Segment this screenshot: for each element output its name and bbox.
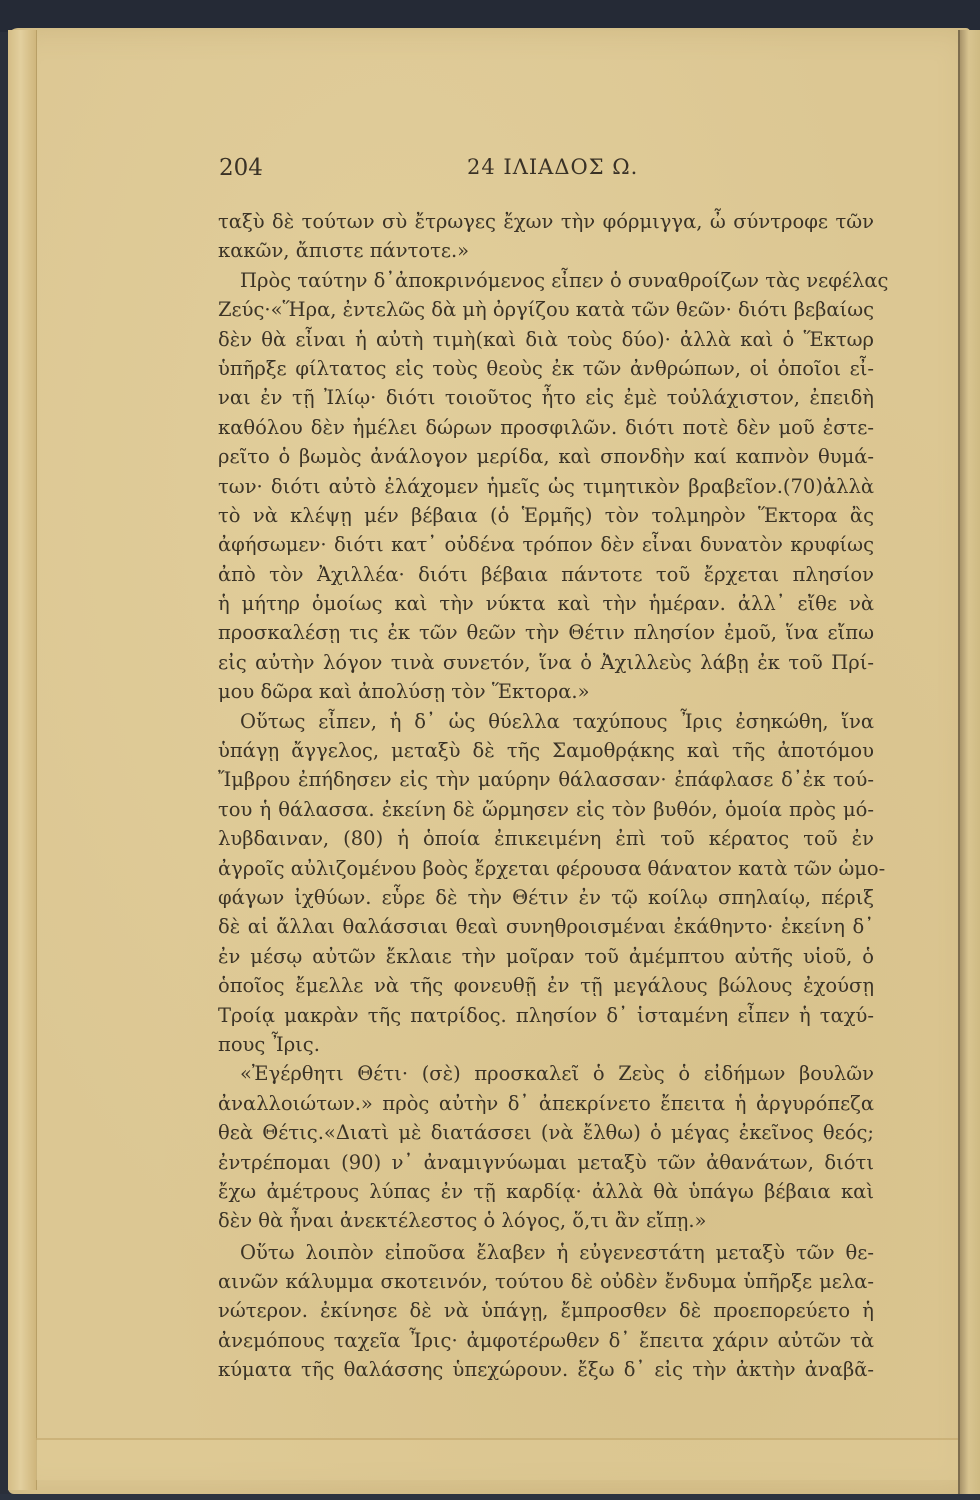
text-line: μου δῶρα καὶ ἀπολύσῃ τὸν Ἕκτορα.» (218, 677, 874, 706)
text-line: αινῶν κάλυμμα σκοτεινόν, τούτου δὲ οὐδὲν… (218, 1267, 874, 1296)
text-line: τὸ νὰ κλέψῃ μέν βέβαια (ὁ Ἑρμῆς) τὸν τολ… (218, 501, 874, 530)
text-line: πους Ἶρις. (218, 1030, 874, 1059)
text-line: λυβδαιναν, (80) ἡ ὁποία ἐπικειμένη ἐπὶ τ… (218, 824, 874, 853)
text-line: Ἴμβρου ἐπήδησεν εἰς τὴν μαύρην θάλασσαν·… (218, 765, 874, 794)
text-line: ἀναλλοιώτων.» πρὸς αὐτὴν δ᾽ ἀπεκρίνετο ἔ… (218, 1089, 874, 1118)
page-number: 204 (219, 155, 263, 181)
paragraph: Πρὸς ταύτην δ᾽ἀποκρινόμενος εἶπεν ὁ συνα… (218, 266, 874, 707)
page-fore-edge (958, 30, 980, 1494)
text-line: καθόλου δὲν ἠμέλει δώρων προσφιλῶν. διότ… (218, 413, 874, 442)
water-stain (36, 1438, 958, 1480)
text-line: κακῶν, ἄπιστε πάντοτε.» (218, 236, 874, 265)
text-line: ἐντρέπομαι (90) ν᾽ ἀναμιγνύωμαι μεταξὺ τ… (218, 1148, 874, 1177)
text-line: ρεῖτο ὁ βωμὸς ἀνάλογον μερίδα, καὶ σπονδ… (218, 442, 874, 471)
body-text: ταξὺ δὲ τούτων σὺ ἔτρωγες ἔχων τὴν φόρμι… (218, 207, 874, 1385)
text-line: δὲν θὰ εἶναι ἡ αὐτὴ τιμὴ(καὶ διὰ τοὺς δύ… (218, 325, 874, 354)
text-line: ὁποῖος ἔμελλε νὰ τῆς φονευθῇ ἐν τῇ μεγάλ… (218, 971, 874, 1000)
text-line: Τροίᾳ μακρὰν τῆς πατρίδος. πλησίον δ᾽ ἱσ… (218, 1001, 874, 1030)
text-line: ὑπῆρξε φίλτατος εἰς τοὺς θεοὺς ἐκ τῶν ἀν… (218, 354, 874, 383)
text-line: ἀγροῖς αὐλιζομένου βοὸς ἔρχεται φέρουσα … (218, 854, 874, 883)
paragraph: Οὕτως εἶπεν, ἡ δ᾽ ὡς θύελλα ταχύπους Ἶρι… (218, 707, 874, 1060)
page-binding-edge (8, 30, 37, 1490)
text-line: ναι ἐν τῇ Ἰλίῳ· διότι τοιοῦτος ἦτο εἰς ἐ… (218, 383, 874, 412)
text-line: ἀνεμόπους ταχεῖα Ἶρις· ἀμφοτέρωθεν δ᾽ ἔπ… (218, 1326, 874, 1355)
paragraph: Οὕτω λοιπὸν εἰποῦσα ἔλαβεν ἡ εὐγενεστάτη… (218, 1238, 874, 1385)
text-line: ἀπὸ τὸν Ἀχιλλέα· διότι βέβαια πάντοτε το… (218, 560, 874, 589)
text-line: Ζεύς·«Ἥρα, ἐντελῶς δὰ μὴ ὀργίζου κατὰ τῶ… (218, 295, 874, 324)
page-header: 204 24 ΙΛΙΑΔΟΣ Ω. (215, 155, 875, 189)
scan-backdrop-bottom (0, 1494, 980, 1500)
text-line: θεὰ Θέτις.«Διατὶ μὲ διατάσσει (νὰ ἔλθω) … (218, 1118, 874, 1147)
running-head: 24 ΙΛΙΑΔΟΣ Ω. (467, 155, 638, 179)
text-line: του ἡ θάλασσα. ἐκείνη δὲ ὥρμησεν εἰς τὸν… (218, 795, 874, 824)
text-line: Πρὸς ταύτην δ᾽ἀποκρινόμενος εἶπεν ὁ συνα… (218, 266, 874, 295)
text-line: «Ἐγέρθητι Θέτι· (σὲ) προσκαλεῖ ὁ Ζεὺς ὁ … (218, 1059, 874, 1088)
text-line: φάγων ἰχθύων. εὗρε δὲ τὴν Θέτιν ἐν τῷ κο… (218, 883, 874, 912)
text-line: των· διότι αὐτὸ ἐλάχομεν ἡμεῖς ὡς τιμητι… (218, 472, 874, 501)
text-line: ὑπάγῃ ἄγγελος, μεταξὺ δὲ τῆς Σαμοθρᾴκης … (218, 736, 874, 765)
paragraph: «Ἐγέρθητι Θέτι· (σὲ) προσκαλεῖ ὁ Ζεὺς ὁ … (218, 1059, 874, 1235)
text-line: εἰς αὐτὴν λόγον τινὰ συνετόν, ἵνα ὁ Ἀχιλ… (218, 648, 874, 677)
text-line: ἡ μήτηρ ὁμοίως καὶ τὴν νύκτα καὶ τὴν ἡμέ… (218, 589, 874, 618)
text-line: δὲ αἱ ἄλλαι θαλάσσιαι θεαὶ συνηθροισμένα… (218, 912, 874, 941)
text-line: προσκαλέσῃ τις ἐκ τῶν θεῶν τὴν Θέτιν πλη… (218, 618, 874, 647)
text-line: ἔχω ἀμέτρους λύπας ἐν τῇ καρδίᾳ· ἀλλὰ θὰ… (218, 1177, 874, 1206)
text-line: δὲν θὰ ἦναι ἀνεκτέλεστος ὁ λόγος, ὅ,τι ἂ… (218, 1206, 874, 1235)
text-line: ἀφήσωμεν· διότι κατ᾽ οὐδένα τρόπον δὲν ε… (218, 530, 874, 559)
text-line: ἐν μέσῳ αὐτῶν ἔκλαιε τὴν μοῖραν τοῦ ἀμέμ… (218, 942, 874, 971)
text-line: νώτερον. ἐκίνησε δὲ νὰ ὑπάγῃ, ἔμπροσθεν … (218, 1296, 874, 1325)
text-line: Οὕτω λοιπὸν εἰποῦσα ἔλαβεν ἡ εὐγενεστάτη… (218, 1238, 874, 1267)
text-line: Οὕτως εἶπεν, ἡ δ᾽ ὡς θύελλα ταχύπους Ἶρι… (218, 707, 874, 736)
text-line: κύματα τῆς θαλάσσης ὑπεχώρουν. ἔξω δ᾽ εἰ… (218, 1355, 874, 1384)
text-line: ταξὺ δὲ τούτων σὺ ἔτρωγες ἔχων τὴν φόρμι… (218, 207, 874, 236)
paragraph: ταξὺ δὲ τούτων σὺ ἔτρωγες ἔχων τὴν φόρμι… (218, 207, 874, 266)
